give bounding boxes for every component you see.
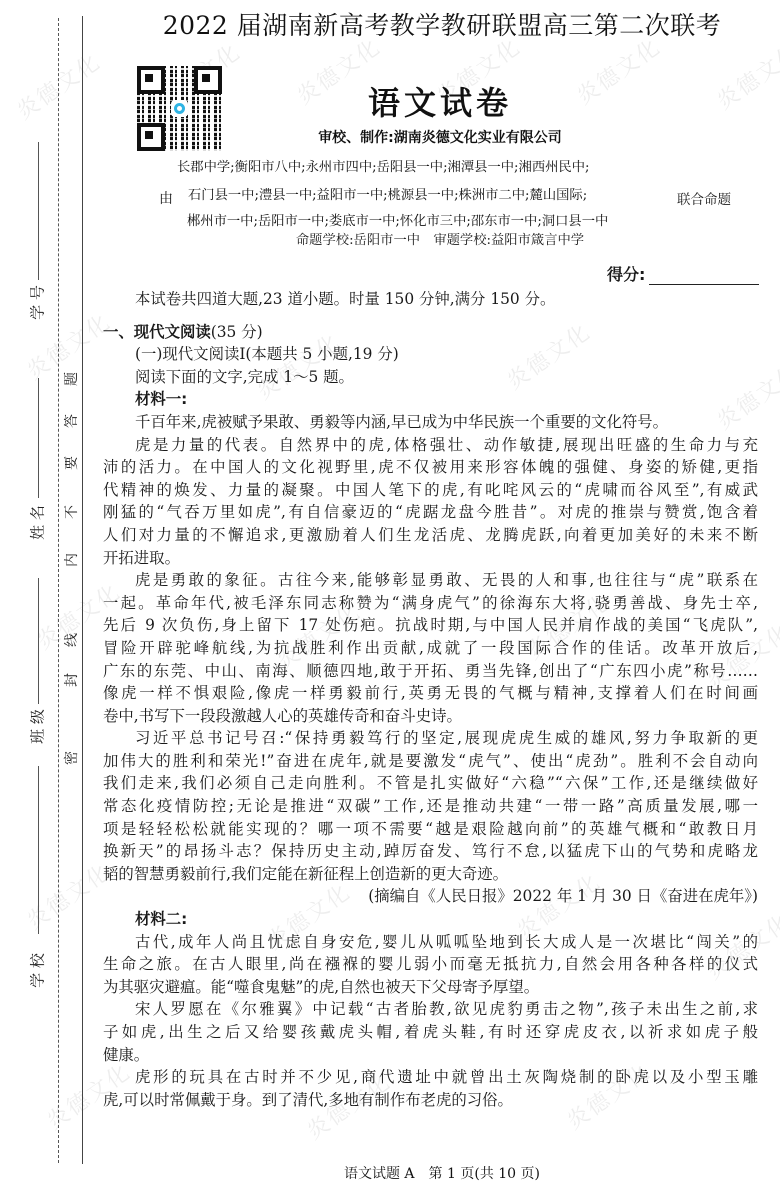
paragraph-line: 人们对力量的不懈追求,更激励着人们生龙活虎、龙腾虎跃,向着更加美好的未来不断 [103,524,758,547]
paragraph-line: 我们走来,我们必须自己走向胜利。不管是扎实做好“六稳”“六保”工作,还是继续做好 [103,772,758,795]
qr-finder [137,66,165,94]
seal-dashed-line [58,18,59,1163]
paragraph-line: 开拓进取。 [103,547,758,570]
instruction: 阅读下面的文字,完成 1～5 题。 [103,366,758,389]
seal-text-char: 不 [62,502,80,522]
section-title: 一、现代文阅读 [103,323,211,341]
paragraph-line: 虎形的玩具在古时并不少见,商代遗址中就曾出土灰陶烧制的卧虎以及小型玉雕 [103,1066,758,1089]
school-field[interactable] [38,766,39,934]
by-label: 由 [159,188,173,208]
exam-content: 本试卷共四道大题,23 道小题。时量 150 分钟,满分 150 分。 一、现代… [103,288,758,1111]
producer-line: 审校、制作:湖南炎德文化实业有限公司 [240,127,640,147]
student-id-field[interactable] [38,142,39,280]
paragraph-line: 生命之旅。在古人眼里,尚在襁褓的婴儿弱小而毫无抵抗力,自然会用各种各样的仪式 [103,953,758,976]
material-1-label: 材料一: [103,388,758,411]
seal-text-char: 题 [62,369,80,389]
paragraph-line: 冒险开辟驼峰航线,为抗战胜利作出贡献,成就了一段国际合作的佳话。改革开放后, [103,637,758,660]
paragraph-line: 虎,可以时常佩戴于身。到了清代,多地有制作布老虎的习俗。 [103,1089,758,1112]
paragraph-line: 常态化疫情防控;无论是推进“双碳”工作,还是推动共建“一带一路”高质量发展,哪一 [103,795,758,818]
seal-text-char: 密 [62,748,80,768]
qr-logo-icon [171,100,188,117]
paragraph-line: 健康。 [103,1044,758,1067]
section-points: (35 分) [211,323,263,341]
paragraph-line: 虎是力量的代表。自然界中的虎,体格强壮、动作敏捷,展现出旺盛的生命力与充 [103,434,758,457]
schools-row-2: 石门县一中;澧县一中;益阳市一中;桃源县一中;株洲市二中;麓山国际; [188,184,587,203]
paragraph-line: 卷中,书写下一段段激越人心的英雄传奇和奋斗史诗。 [103,705,758,728]
seal-text-char: 内 [62,550,80,570]
paragraph-line: 韬的智慧勇毅前行,我们定能在新征程上创造新的更大奇迹。 [103,863,758,886]
paragraph-line: 习近平总书记号召:“保持勇毅笃行的坚定,展现虎虎生威的雄风,努力争取新的更 [103,727,758,750]
class-label: 班 级 [17,716,57,737]
paragraph-line: 古代,成年人尚且忧虑自身安危,婴儿从呱呱坠地到长大成人是一次堪比“闯关”的 [103,931,758,954]
qr-code-icon[interactable] [137,66,222,151]
subject-title: 语文试卷 [300,78,580,124]
paragraph-line: 为其驱灾避瘟。能“噬食鬼魅”的虎,自然也被天下父母寄予厚望。 [103,976,758,999]
seal-text-char: 答 [62,411,80,431]
paragraph-line: 子如虎,出生之后又给婴孩戴虎头帽,着虎头鞋,有时还穿虎皮衣,以祈求如虎子般 [103,1021,758,1044]
name-label: 姓 名 [17,512,57,533]
watermark: 炎德文化 [710,35,780,115]
material-2-label: 材料二: [103,908,758,931]
seal-text-char: 线 [62,630,80,650]
proposer-line: 命题学校:岳阳市一中 审题学校:益阳市箴言中学 [240,229,640,248]
joint-proposition-label: 联合命题 [677,188,731,208]
page-footer: 语文试题 A 第 1 页(共 10 页) [112,1163,772,1183]
paragraph-line: 刚猛的“气吞万里如虎”,有自信豪迈的“虎踞龙盘今胜昔”。对虎的推崇与赞赏,饱含着 [103,501,758,524]
seal-text-char: 封 [62,670,80,690]
score-label: 得分: [607,262,645,285]
paragraph-line: 沛的活力。在中国人的文化视野里,虎不仅被用来形容体魄的强健、身姿的矫健,更指 [103,456,758,479]
intro-text: 本试卷共四道大题,23 道小题。时量 150 分钟,满分 150 分。 [103,288,758,311]
paragraph-line: 项是轻轻松松就能实现的？哪一项不需要“越是艰险越向前”的英雄气概和“敢教日月 [103,818,758,841]
class-field[interactable] [38,578,39,704]
watermark: 炎德文化 [570,30,666,110]
paragraph-line: 宋人罗愿在《尔雅翼》中记载“古者胎教,欲见虎豹勇击之物”,孩子未出生之前,求 [103,998,758,1021]
schools-row-3: 郴州市一中;岳阳市一中;娄底市一中;怀化市三中;邵东市一中;洞口县一中 [187,210,608,229]
school-label: 学 校 [17,960,57,981]
paragraph-line: 加伟大的胜利和荣光!”奋进在虎年,就是要激发“虎气”、使出“虎劲”。胜利不会自动… [103,750,758,773]
material-1-source: (摘编自《人民日报》2022 年 1 月 30 日《奋进在虎年》) [103,885,758,908]
paragraph-line: 一起。革命年代,被毛泽东同志称赞为“满身虎气”的徐海东大将,骁勇善战、身先士卒, [103,592,758,615]
paragraph-line: 代精神的焕发、力量的凝聚。中国人笔下的虎,有叱咤风云的“虎啸而谷风至”,有威武 [103,479,758,502]
student-id-label: 学 号 [17,292,57,313]
schools-row-1: 长郡中学;衡阳市八中;永州市四中;岳阳县一中;湘潭县一中;湘西州民中; [177,156,590,175]
paragraph-line: 千百年来,虎被赋予果敢、勇毅等内涵,早已成为中华民族一个重要的文化符号。 [103,411,758,434]
subsection-title: (一)现代文阅读Ⅰ(本题共 5 小题,19 分) [103,343,758,366]
score-blank[interactable] [649,266,759,285]
paragraph-line: 换新天”的昂扬斗志？保持历史主动,踔厉奋发、笃行不怠,以猛虎下山的气势和虎略龙 [103,840,758,863]
name-field[interactable] [38,378,39,498]
score-box: 得分: [607,262,759,285]
paragraph-line: 虎是勇敢的象征。古往今来,能够彰显勇敢、无畏的人和事,也往往与“虎”联系在 [103,569,758,592]
qr-finder [194,66,222,94]
exam-title: 2022 届湖南新高考教学教研联盟高三第二次联考 [112,6,772,42]
qr-finder [137,123,165,151]
seal-text-char: 要 [62,453,80,473]
paragraph-line: 先后 9 次负伤,身上留下 17 处伤疤。抗战时期,与中国人民并肩作战的美国“飞… [103,614,758,637]
section-heading: 一、现代文阅读(35 分) [103,321,758,344]
seal-solid-line [82,16,83,1164]
watermark: 炎德文化 [20,855,116,935]
paragraph-line: 广东的东莞、中山、南海、顺德四地,敢于开拓、勇当先锋,创出了“广东四小虎”称号…… [103,660,758,683]
paragraph-line: 像虎一样不惧艰险,像虎一样勇毅前行,英勇无畏的气概与精神,支撑着人们在时间画 [103,682,758,705]
